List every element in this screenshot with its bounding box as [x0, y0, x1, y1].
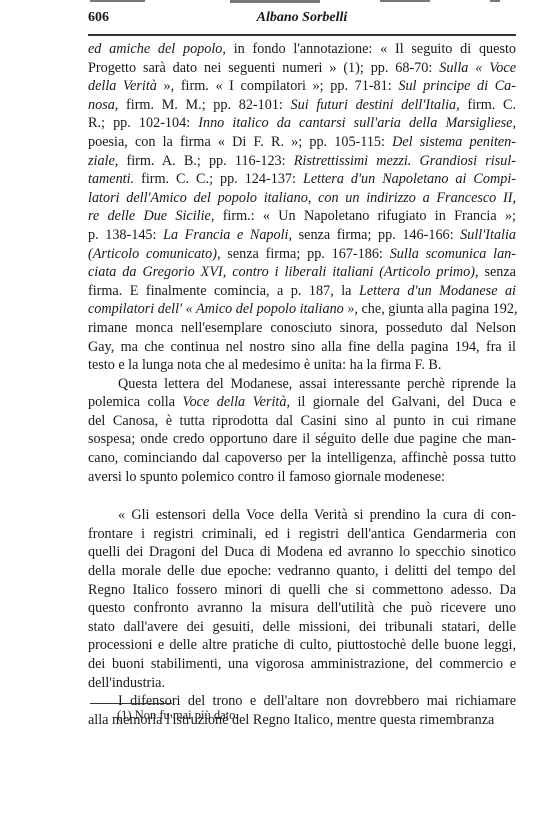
text-run: p. 138-145:	[88, 227, 163, 243]
text-line: ed amiche del popolo, in fondo l'annotaz…	[88, 40, 516, 59]
italic-text: Del sistema peniten-	[392, 134, 516, 150]
footnote-rule	[90, 703, 172, 704]
text-run: dei buoni stabilimenti, una vigorosa amm…	[88, 656, 516, 672]
scan-artifact	[90, 0, 515, 4]
text-line: « Gli estensori della Voce della Verità …	[88, 506, 516, 525]
text-line: polemica colla Voce della Verità, il gio…	[88, 393, 516, 412]
text-run: Questa lettera del Modanese, assai inter…	[118, 376, 516, 392]
text-run: Progetto sarà dato nei seguenti numeri »…	[88, 60, 439, 76]
italic-text: Sull'Italia	[460, 227, 516, 243]
text-run: senza firma; pp. 167-186:	[221, 246, 390, 262]
text-run: della morale delle due epoche: vedranno …	[88, 563, 516, 579]
text-line: dei buoni stabilimenti, una vigorosa amm…	[88, 655, 516, 674]
italic-text: latori dell'Amico del popolo italiano, c…	[88, 190, 516, 206]
italic-text: Lettera d'un Modanese ai	[359, 283, 516, 299]
text-line: firma. E finalmente comincia, a p. 187, …	[88, 282, 516, 301]
text-run: quelli dei Dragoni del Duca di Modena ed…	[88, 544, 516, 560]
running-title: Albano Sorbelli	[88, 10, 516, 26]
italic-text: della Verità	[88, 78, 157, 94]
italic-text: ziale,	[88, 153, 118, 169]
text-line: processioni e delle altre pratiche di cu…	[88, 636, 516, 655]
text-run: cano, cominciando dal capoverso per la i…	[88, 450, 516, 466]
text-line: frontare i registri criminali, ed i regi…	[88, 525, 516, 544]
italic-text: Inno italico da cantarsi sull'aria della…	[198, 115, 516, 131]
text-run: aversi lo spunto polemico contro il famo…	[88, 469, 445, 485]
italic-text: Voce della Verità,	[183, 394, 291, 410]
text-run: processioni e delle altre pratiche di cu…	[88, 637, 516, 653]
text-line: tamenti. firm. C. C.; pp. 124-137: Lette…	[88, 170, 516, 189]
text-line: questo confronto avranno la misura dell'…	[88, 599, 516, 618]
paragraph: Questa lettera del Modanese, assai inter…	[88, 375, 516, 487]
italic-text: re delle Due Sicilie,	[88, 208, 214, 224]
text-run: firm. C.	[460, 97, 516, 113]
text-line: della morale delle due epoche: vedranno …	[88, 562, 516, 581]
italic-text: Sul principe di Ca-	[398, 78, 516, 94]
text-run: firma. E finalmente comincia, a p. 187, …	[88, 283, 359, 299]
italic-text: ed amiche del popolo	[88, 41, 222, 57]
header-rule	[88, 34, 516, 36]
text-run: questo confronto avranno la misura dell'…	[88, 600, 516, 616]
text-line: del Canosa, è tutta riprodotta dal Casin…	[88, 412, 516, 431]
page-body: ed amiche del popolo, in fondo l'annotaz…	[88, 40, 516, 729]
italic-text: (Articolo comunicato),	[88, 246, 221, 262]
text-line: compilatori dell' « Amico del popolo ita…	[88, 300, 516, 319]
text-run: polemica colla	[88, 394, 183, 410]
text-line: Questa lettera del Modanese, assai inter…	[88, 375, 516, 394]
text-run: firm.: « Un Napoletano rifugiato in Fran…	[214, 208, 516, 224]
text-line: ciata da Gregorio XVI, contro i liberali…	[88, 263, 516, 282]
text-run: , in fondo l'annotazione: « Il seguito d…	[222, 41, 516, 57]
text-run: senza	[479, 264, 516, 280]
text-run: I difensori del trono e dell'altare non …	[118, 693, 516, 709]
text-line: rimane monca nell'esemplare conosciuto s…	[88, 319, 516, 338]
text-run: firm. C. C.; pp. 124-137:	[134, 171, 303, 187]
text-run: rimane monca nell'esemplare conosciuto s…	[88, 320, 516, 336]
text-line: della Verità », firm. « I compilatori »;…	[88, 77, 516, 96]
italic-text: tamenti.	[88, 171, 134, 187]
text-run: frontare i registri criminali, ed i regi…	[88, 526, 516, 542]
text-run: che, giunta alla pagina 192,	[358, 301, 518, 317]
text-line: aversi lo spunto polemico contro il famo…	[88, 468, 516, 487]
text-run: firm. M. M.; pp. 82-101:	[118, 97, 290, 113]
text-line: quelli dei Dragoni del Duca di Modena ed…	[88, 543, 516, 562]
text-run: sospesa; onde credo opportuno dare il sé…	[88, 431, 516, 447]
italic-text: nosa,	[88, 97, 118, 113]
text-line: (Articolo comunicato), senza firma; pp. …	[88, 245, 516, 264]
italic-text: Sulla « Voce	[439, 60, 516, 76]
text-line: ziale, firm. A. B.; pp. 116-123: Ristret…	[88, 152, 516, 171]
text-run: senza firma; pp. 146-166:	[292, 227, 460, 243]
italic-text: ciata da Gregorio XVI, contro i liberali…	[88, 264, 479, 280]
text-run: « Gli estensori della Voce della Verità …	[118, 507, 516, 523]
italic-text: La Francia e Napoli,	[163, 227, 292, 243]
text-run: Regno Italico fossero minori di quelli c…	[88, 582, 516, 598]
italic-text: Sui futuri destini dell'Italia,	[291, 97, 460, 113]
text-run: Gay, ma che continua nel nostro sino all…	[88, 339, 516, 355]
text-line: Progetto sarà dato nei seguenti numeri »…	[88, 59, 516, 78]
text-line: Gay, ma che continua nel nostro sino all…	[88, 338, 516, 357]
text-run: poesia, con la firma « Di F. R. »; pp. 1…	[88, 134, 392, 150]
text-line: p. 138-145: La Francia e Napoli, senza f…	[88, 226, 516, 245]
text-run: », firm. « I compilatori »; pp. 71-81:	[157, 78, 398, 94]
text-line: R.; pp. 102-104: Inno italico da cantars…	[88, 114, 516, 133]
block-quote-gap	[88, 486, 516, 506]
text-run: R.; pp. 102-104:	[88, 115, 198, 131]
text-run: il giornale del Galvani, del Duca e	[290, 394, 516, 410]
italic-text: Lettera d'un Napoletano ai Compi-	[303, 171, 516, 187]
quoted-paragraph: « Gli estensori della Voce della Verità …	[88, 506, 516, 692]
text-run: stato dall'avere dei gesuiti, delle miss…	[88, 619, 516, 635]
text-run: dell'industria.	[88, 675, 165, 691]
text-line: dell'industria.	[88, 674, 516, 693]
italic-text: Sulla scomunica lan-	[390, 246, 516, 262]
italic-text: compilatori dell' « Amico del popolo ita…	[88, 301, 358, 317]
footnote: (1) Non fu mai più dato.	[117, 708, 239, 723]
text-line: sospesa; onde credo opportuno dare il sé…	[88, 430, 516, 449]
text-run: testo e la lunga nota che al medesimo è …	[88, 357, 441, 373]
text-line: stato dall'avere dei gesuiti, delle miss…	[88, 618, 516, 637]
text-line: Regno Italico fossero minori di quelli c…	[88, 581, 516, 600]
text-line: testo e la lunga nota che al medesimo è …	[88, 356, 516, 375]
text-line: poesia, con la firma « Di F. R. »; pp. 1…	[88, 133, 516, 152]
text-line: latori dell'Amico del popolo italiano, c…	[88, 189, 516, 208]
text-line: nosa, firm. M. M.; pp. 82-101: Sui futur…	[88, 96, 516, 115]
paragraph: ed amiche del popolo, in fondo l'annotaz…	[88, 40, 516, 375]
text-run: firm. A. B.; pp. 116-123:	[118, 153, 293, 169]
page-header: 606 Albano Sorbelli	[88, 8, 516, 30]
text-line: cano, cominciando dal capoverso per la i…	[88, 449, 516, 468]
italic-text: Ristrettissimi mezzi. Grandiosi risul-	[294, 153, 516, 169]
text-line: re delle Due Sicilie, firm.: « Un Napole…	[88, 207, 516, 226]
text-run: del Canosa, è tutta riprodotta dal Casin…	[88, 413, 516, 429]
